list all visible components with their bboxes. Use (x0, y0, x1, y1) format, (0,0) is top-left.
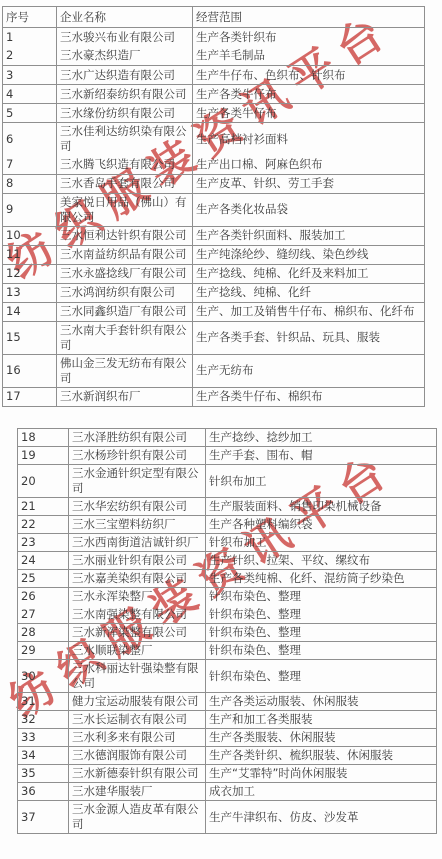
company-name-cell: 三水香岛手套有限公司 (57, 174, 193, 193)
row-number-cell: 22 (18, 516, 69, 534)
company-name-cell: 三水新润织布厂 (57, 387, 193, 406)
business-scope-cell: 生产服装面料、销售印染机械设备 (206, 498, 437, 516)
business-scope-cell: 成衣加工 (206, 783, 437, 801)
company-name-cell: 三水南强染整有限公司 (69, 606, 206, 624)
company-name-cell: 三水同鑫织造厂有限公司 (57, 302, 193, 321)
business-scope-cell: 针织布染色、整理 (206, 588, 437, 606)
table-row: 8三水香岛手套有限公司生产皮革、针织、劳工手套 (3, 174, 425, 193)
company-table-1: 序号 企业名称 经营范围 1三水骏兴布业有限公司生产各类针织布2三水豪杰织造厂生… (2, 6, 425, 407)
business-scope-cell: 生产皮革、针织、劳工手套 (193, 174, 425, 193)
table-row: 22三水三宝塑料纺织厂生产各种塑料编织袋 (18, 516, 437, 534)
row-number-cell: 36 (18, 783, 69, 801)
table-row: 23三水西南街道洁诚针织厂针织布加工 (18, 534, 437, 552)
business-scope-cell: 针织布染色、整理 (206, 606, 437, 624)
business-scope-cell: 生产纯涤纶纱、缝纫线、染色纱线 (193, 245, 425, 264)
table-row: 18三水泽胜纺织有限公司生产捻纱、捻纱加工 (18, 429, 437, 447)
table1-body: 1三水骏兴布业有限公司生产各类针织布2三水豪杰织造厂生产羊毛制品3三水广达织造有… (3, 28, 425, 407)
row-number-cell: 37 (18, 801, 69, 834)
scanned-company-table-page: 纺织服装资讯平台 纺织服装资讯平台 序号 企业名称 经营范围 1三水骏兴布业有限… (0, 0, 442, 859)
company-name-cell: 三水骏兴布业有限公司 (57, 28, 193, 47)
row-number-cell: 3 (3, 66, 57, 85)
business-scope-cell: 生产各类纯棉、化纤、混纺筒子纱染色 (206, 570, 437, 588)
row-number-cell: 27 (18, 606, 69, 624)
business-scope-cell: 生产捻线、纯棉、化纤及来料加工 (193, 264, 425, 283)
business-scope-cell: 生产各类牛仔布 (193, 104, 425, 123)
company-name-cell: 三水金通针织定型有限公司 (69, 465, 206, 498)
business-scope-cell: 生产手套、围布、帽 (206, 447, 437, 465)
business-scope-cell: 生产各类化妆品袋 (193, 193, 425, 226)
company-name-cell: 三水永盛捻线厂有限公司 (57, 264, 193, 283)
business-scope-cell: 生产捻线、纯棉、化纤 (193, 283, 425, 302)
row-number-cell: 9 (3, 193, 57, 226)
row-number-cell: 4 (3, 85, 57, 104)
table-row: 4三水新绍泰纺织有限公司生产各类牛仔布 (3, 85, 425, 104)
company-name-cell: 三水永浑染整厂 (69, 588, 206, 606)
business-scope-cell: 生产无纺布 (193, 354, 425, 387)
row-number-cell: 31 (18, 693, 69, 711)
header-business-scope: 经营范围 (193, 7, 425, 28)
company-name-cell: 三水缘份纺织有限公司 (57, 104, 193, 123)
row-number-cell: 15 (3, 321, 57, 354)
company-name-cell: 三水建华服装厂 (69, 783, 206, 801)
table-header-row: 序号 企业名称 经营范围 (3, 7, 425, 28)
table-row: 30三水科丽达针强染整有限公司针织布染色、整理 (18, 660, 437, 693)
row-number-cell: 2 (3, 47, 57, 66)
row-number-cell: 25 (18, 570, 69, 588)
business-scope-cell: 生产各类服装、休闲服装 (206, 729, 437, 747)
table-row: 20三水金通针织定型有限公司针织布加工 (18, 465, 437, 498)
row-number-cell: 33 (18, 729, 69, 747)
row-number-cell: 7 (3, 155, 57, 174)
business-scope-cell: 生产牛津织布、仿皮、沙发革 (206, 801, 437, 834)
table-row: 19三水杨珍针织有限公司生产手套、围布、帽 (18, 447, 437, 465)
table-row: 35三水新德泰针织有限公司生产“艾霏特”时尚休闲服装 (18, 765, 437, 783)
row-number-cell: 35 (18, 765, 69, 783)
table-row: 33三水利多来有限公司生产各类服装、休闲服装 (18, 729, 437, 747)
business-scope-cell: 生产“艾霏特”时尚休闲服装 (206, 765, 437, 783)
row-number-cell: 1 (3, 28, 57, 47)
company-name-cell: 三水恒利达针织有限公司 (57, 226, 193, 245)
row-number-cell: 12 (3, 264, 57, 283)
table-row: 13三水鸿润纺织有限公司生产捻线、纯棉、化纤 (3, 283, 425, 302)
table-row: 9美家悦日用品（佛山）有限公司生产各类化妆品袋 (3, 193, 425, 226)
table-row: 1三水骏兴布业有限公司生产各类针织布 (3, 28, 425, 47)
business-scope-cell: 针织布加工 (206, 465, 437, 498)
row-number-cell: 17 (3, 387, 57, 406)
row-number-cell: 8 (3, 174, 57, 193)
table-row: 16佛山金三发无纺布有限公司生产无纺布 (3, 354, 425, 387)
company-name-cell: 三水豪杰织造厂 (57, 47, 193, 66)
business-scope-cell: 生产各类牛仔布、棉织布 (193, 387, 425, 406)
company-name-cell: 三水西南街道洁诚针织厂 (69, 534, 206, 552)
business-scope-cell: 生产牛仔布、色织布、针织布 (193, 66, 425, 85)
table-row: 36三水建华服装厂成衣加工 (18, 783, 437, 801)
business-scope-cell: 生产、加工及销售牛仔布、棉织布、化纤布 (193, 302, 425, 321)
row-number-cell: 24 (18, 552, 69, 570)
business-scope-cell: 生产捻纱、捻纱加工 (206, 429, 437, 447)
row-number-cell: 30 (18, 660, 69, 693)
business-scope-cell: 针织布染色、整理 (206, 642, 437, 660)
table-row: 37三水金源人造皮革有限公司生产牛津织布、仿皮、沙发革 (18, 801, 437, 834)
row-number-cell: 34 (18, 747, 69, 765)
table-row: 25三水嘉美染织有限公司生产各类纯棉、化纤、混纺筒子纱染色 (18, 570, 437, 588)
business-scope-cell: 针织布染色、整理 (206, 624, 437, 642)
row-number-cell: 32 (18, 711, 69, 729)
company-table-2: 18三水泽胜纺织有限公司生产捻纱、捻纱加工19三水杨珍针织有限公司生产手套、围布… (17, 428, 437, 834)
company-name-cell: 美家悦日用品（佛山）有限公司 (57, 193, 193, 226)
row-number-cell: 6 (3, 123, 57, 156)
table-row: 3三水广达织造有限公司生产牛仔布、色织布、针织布 (3, 66, 425, 85)
company-name-cell: 三水新德泰针织有限公司 (69, 765, 206, 783)
row-number-cell: 16 (3, 354, 57, 387)
company-name-cell: 三水鸿润纺织有限公司 (57, 283, 193, 302)
table-row: 6三水佳利达纺织染有限公司生产高档衬衫面料 (3, 123, 425, 156)
company-name-cell: 三水华宏纺织有限公司 (69, 498, 206, 516)
company-name-cell: 三水长运制衣有限公司 (69, 711, 206, 729)
business-scope-cell: 生产各类运动服装、休闲服装 (206, 693, 437, 711)
table-row: 27三水南强染整有限公司针织布染色、整理 (18, 606, 437, 624)
table-row: 32三水长运制衣有限公司生产和加工各类服装 (18, 711, 437, 729)
business-scope-cell: 生产各类手套、针织品、玩具、服装 (193, 321, 425, 354)
row-number-cell: 10 (3, 226, 57, 245)
row-number-cell: 26 (18, 588, 69, 606)
company-name-cell: 三水三宝塑料纺织厂 (69, 516, 206, 534)
business-scope-cell: 生产各类针织、梳织服装、休闲服装 (206, 747, 437, 765)
table-row: 34三水德润服饰有限公司生产各类针织、梳织服装、休闲服装 (18, 747, 437, 765)
business-scope-cell: 针织布加工 (206, 534, 437, 552)
company-name-cell: 三水丽业针织有限公司 (69, 552, 206, 570)
table-row: 26三水永浑染整厂针织布染色、整理 (18, 588, 437, 606)
table-row: 31健力宝运动服装有限公司生产各类运动服装、休闲服装 (18, 693, 437, 711)
table-row: 29三水顺联染整厂针织布染色、整理 (18, 642, 437, 660)
table-row: 10三水恒利达针织有限公司生产各类针织面料、服装加工 (3, 226, 425, 245)
business-scope-cell: 生产各类牛仔布 (193, 85, 425, 104)
table-row: 28三水新浑染整有限公司针织布染色、整理 (18, 624, 437, 642)
company-name-cell: 三水嘉美染织有限公司 (69, 570, 206, 588)
row-number-cell: 18 (18, 429, 69, 447)
company-name-cell: 三水泽胜纺织有限公司 (69, 429, 206, 447)
company-name-cell: 健力宝运动服装有限公司 (69, 693, 206, 711)
table-row: 14三水同鑫织造厂有限公司生产、加工及销售牛仔布、棉织布、化纤布 (3, 302, 425, 321)
business-scope-cell: 生产各类针织布 (193, 28, 425, 47)
company-name-cell: 三水顺联染整厂 (69, 642, 206, 660)
company-name-cell: 三水新浑染整有限公司 (69, 624, 206, 642)
table-row: 2三水豪杰织造厂生产羊毛制品 (3, 47, 425, 66)
company-name-cell: 三水南益纺织品有限公司 (57, 245, 193, 264)
company-name-cell: 三水科丽达针强染整有限公司 (69, 660, 206, 693)
row-number-cell: 20 (18, 465, 69, 498)
table2-body: 18三水泽胜纺织有限公司生产捻纱、捻纱加工19三水杨珍针织有限公司生产手套、围布… (18, 429, 437, 834)
table-row: 24三水丽业针织有限公司生产针织、拉架、平纹、缧纹布 (18, 552, 437, 570)
business-scope-cell: 生产针织、拉架、平纹、缧纹布 (206, 552, 437, 570)
row-number-cell: 5 (3, 104, 57, 123)
table-row: 15三水南大手套针织有限公司生产各类手套、针织品、玩具、服装 (3, 321, 425, 354)
table-row: 5三水缘份纺织有限公司生产各类牛仔布 (3, 104, 425, 123)
company-name-cell: 三水广达织造有限公司 (57, 66, 193, 85)
table-row: 11三水南益纺织品有限公司生产纯涤纶纱、缝纫线、染色纱线 (3, 245, 425, 264)
company-name-cell: 三水金源人造皮革有限公司 (69, 801, 206, 834)
company-name-cell: 三水杨珍针织有限公司 (69, 447, 206, 465)
company-name-cell: 三水德润服饰有限公司 (69, 747, 206, 765)
header-serial-number: 序号 (3, 7, 57, 28)
table-row: 12三水永盛捻线厂有限公司生产捻线、纯棉、化纤及来料加工 (3, 264, 425, 283)
business-scope-cell: 生产高档衬衫面料 (193, 123, 425, 156)
business-scope-cell: 生产各类针织面料、服装加工 (193, 226, 425, 245)
row-number-cell: 21 (18, 498, 69, 516)
company-name-cell: 佛山金三发无纺布有限公司 (57, 354, 193, 387)
company-name-cell: 三水佳利达纺织染有限公司 (57, 123, 193, 156)
row-number-cell: 11 (3, 245, 57, 264)
business-scope-cell: 针织布染色、整理 (206, 660, 437, 693)
table-row: 21三水华宏纺织有限公司生产服装面料、销售印染机械设备 (18, 498, 437, 516)
company-name-cell: 三水南大手套针织有限公司 (57, 321, 193, 354)
row-number-cell: 29 (18, 642, 69, 660)
row-number-cell: 28 (18, 624, 69, 642)
business-scope-cell: 生产出口棉、阿麻色织布 (193, 155, 425, 174)
business-scope-cell: 生产和加工各类服装 (206, 711, 437, 729)
company-name-cell: 三水腾飞织造有限公司 (57, 155, 193, 174)
table-row: 7三水腾飞织造有限公司生产出口棉、阿麻色织布 (3, 155, 425, 174)
header-company-name: 企业名称 (57, 7, 193, 28)
row-number-cell: 23 (18, 534, 69, 552)
business-scope-cell: 生产各种塑料编织袋 (206, 516, 437, 534)
company-name-cell: 三水新绍泰纺织有限公司 (57, 85, 193, 104)
row-number-cell: 13 (3, 283, 57, 302)
row-number-cell: 19 (18, 447, 69, 465)
row-number-cell: 14 (3, 302, 57, 321)
company-name-cell: 三水利多来有限公司 (69, 729, 206, 747)
business-scope-cell: 生产羊毛制品 (193, 47, 425, 66)
table-row: 17三水新润织布厂生产各类牛仔布、棉织布 (3, 387, 425, 406)
